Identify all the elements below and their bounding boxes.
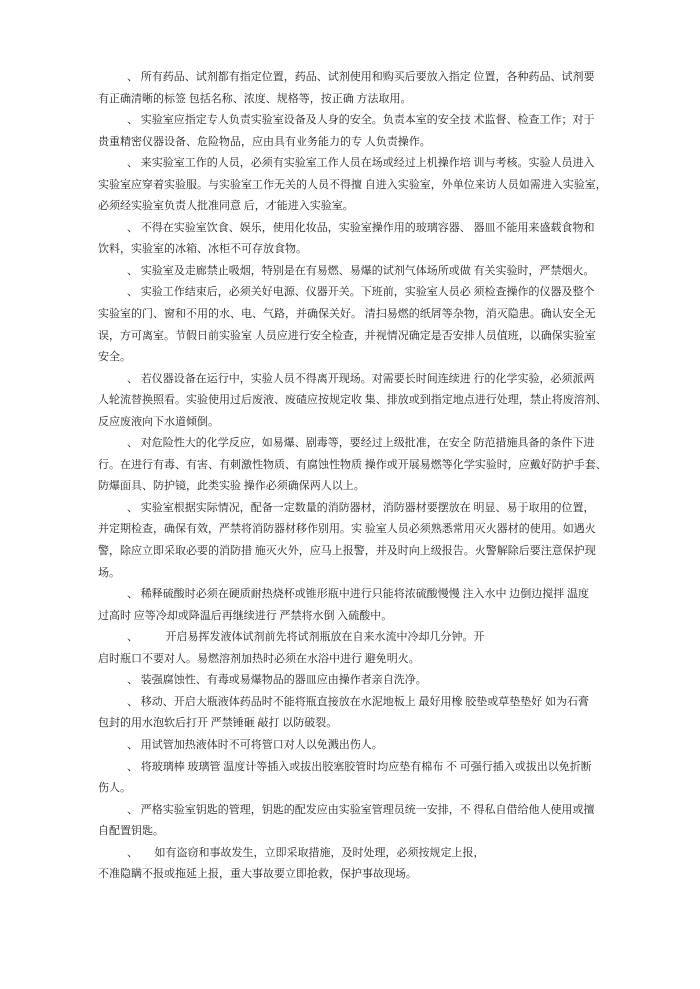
paragraph-glass-rod-insertion: 、 将玻璃棒 玻璃管 温度计等插入或拔出胶塞胶管时均应垫有棉布 不 可强行插入或… <box>98 757 643 800</box>
paragraph-visitor-access: 、 来实验室工作的人员，必须有实验室工作人员在场或经过上机操作培 训与考核。实验… <box>98 153 643 218</box>
paragraph-sulfuric-acid: 、 稀释硫酸时必须在硬质耐热烧杯或锥形瓶中进行只能将浓硫酸慢慢 注入水中 边倒边… <box>98 584 643 627</box>
paragraph-fire-equipment: 、 实验室根据实际情况，配备一定数量的消防器材，消防器材要摆放在 明显、易于取用… <box>98 498 643 584</box>
paragraph-end-of-work-checks: 、 实验工作结束后，必须关好电源、仪器开关。下班前，实验室人员必 须检查操作的仪… <box>98 282 643 368</box>
paragraph-no-food: 、 不得在实验室饮食、娱乐，使用化妆品，实验室操作用的玻璃容器、 器皿不能用来盛… <box>98 218 643 261</box>
paragraph-incident-reporting: 、 如有盗窃和事故发生，立即采取措施，及时处理，必须按规定上报， 不准隐瞒不报或… <box>98 843 643 886</box>
document-text-block: 、 所有药品、试剂都有指定位置，药品、试剂使用和购买后要放入指定 位置，各种药品… <box>98 67 643 886</box>
paragraph-test-tube-heating: 、 用试管加热液体时不可将管口对人以免溅出伤人。 <box>98 735 643 757</box>
paragraph-safety-responsible: 、 实验室应指定专人负责实验室设备及人身的安全。负责本室的安全技 术监督、检查工… <box>98 110 643 153</box>
paragraph-corrosive-vessels: 、 装强腐蚀性、有毒或易爆物品的器皿应由操作者亲自洗净。 <box>98 670 643 692</box>
paragraph-equipment-attendance: 、 若仪器设备在运行中，实验人员不得离开现场。对需要长时间连续进 行的化学实验，… <box>98 369 643 434</box>
paragraph-large-bottles: 、 移动、开启大瓶液体药品时不能将瓶直接放在水泥地板上 最好用橡 胶垫或草垫垫好… <box>98 692 643 735</box>
paragraph-volatile-liquids: 、 开启易挥发液体试剂前先将试剂瓶放在自来水流中冷却几分钟。开 启时瓶口不要对人… <box>98 627 643 670</box>
document-page: 、 所有药品、试剂都有指定位置，药品、试剂使用和购买后要放入指定 位置，各种药品… <box>0 0 700 989</box>
paragraph-dangerous-reactions: 、 对危险性大的化学反应，如易爆、剧毒等，要经过上级批准，在安全 防范措施具备的… <box>98 433 643 498</box>
paragraph-no-smoking: 、 实验室及走廊禁止吸烟，特别是在有易燃、易爆的试剂气体场所或做 有关实验时，严… <box>98 261 643 283</box>
paragraph-key-management: 、 严格实验室钥匙的管理，钥匙的配发应由实验室管理员统一安排，不 得私自借给他人… <box>98 800 643 843</box>
paragraph-reagent-storage: 、 所有药品、试剂都有指定位置，药品、试剂使用和购买后要放入指定 位置，各种药品… <box>98 67 643 110</box>
